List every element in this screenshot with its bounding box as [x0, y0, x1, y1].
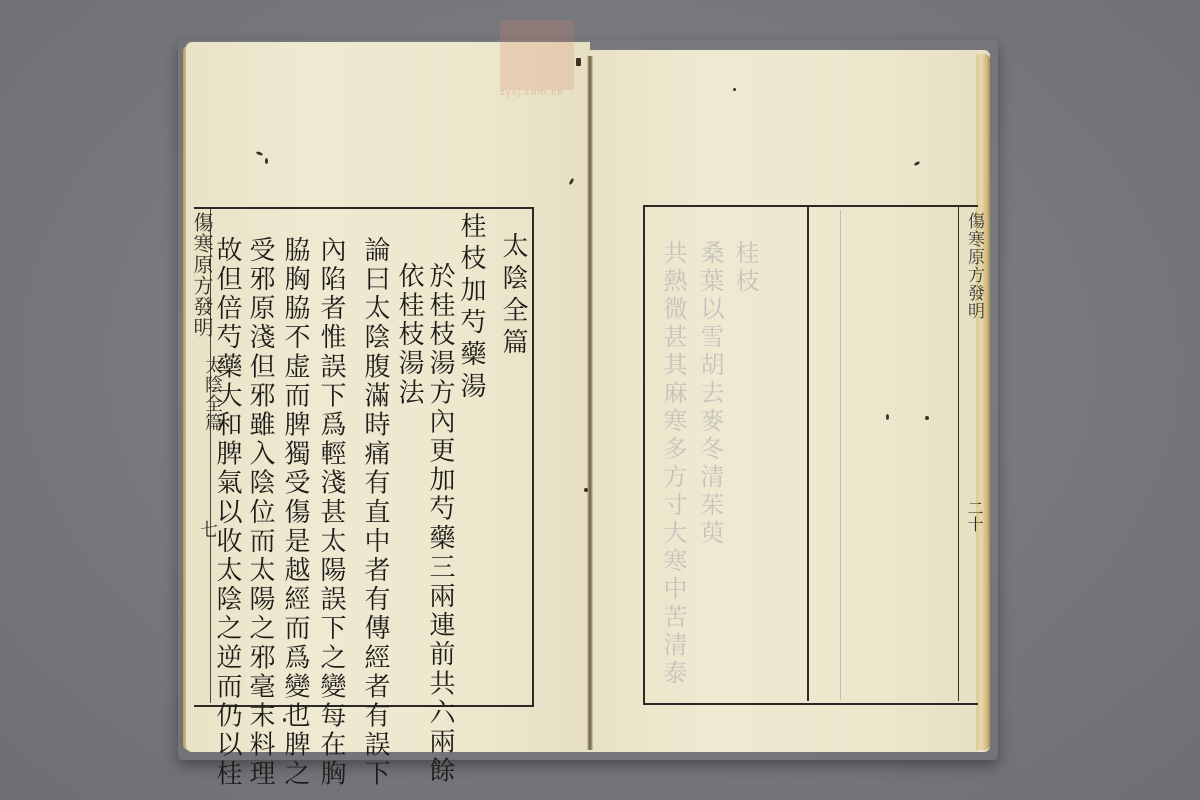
right-margin-rule — [958, 207, 959, 701]
watermark-seal — [500, 20, 574, 90]
right-page-edge — [976, 54, 990, 750]
body-column-6: 內陷者惟誤下爲輕淺甚太陽誤下之變每在胸 — [318, 236, 344, 789]
body-column-4: 依桂枝湯法 — [396, 262, 422, 408]
paper-speck — [265, 158, 268, 164]
chapter-heading: 太陰全篇 — [500, 232, 526, 360]
right-page-number: 二十 — [963, 500, 986, 532]
show-through-text-2: 桑葉以雪胡去麥冬清茱萸 — [693, 240, 728, 548]
body-column-5: 論曰太陰腹滿時痛有直中者有傳經者有誤下 — [362, 236, 388, 789]
book-gutter — [587, 56, 593, 750]
paper-speck — [576, 58, 581, 66]
body-column-7: 脇胸脇不虚而脾獨受傷是越經而爲變也脾之 — [282, 236, 308, 789]
paper-speck — [584, 488, 588, 492]
body-column-3: 於桂枝湯方內更加芍藥三兩連前共六兩餘 — [427, 262, 453, 786]
paper-speck — [925, 416, 929, 420]
right-margin-book-title: 傷寒原方發明 — [962, 212, 987, 320]
show-through-text-3: 共熱微甚其麻寒多方寸大寒中苦清泰 — [656, 240, 691, 688]
right-center-rule — [807, 207, 809, 701]
show-through-text-1: 桂枝 — [728, 240, 763, 296]
paper-speck — [283, 718, 286, 722]
watermark-label: zysj.com.cn — [500, 88, 564, 98]
right-faint-rule — [840, 210, 841, 700]
body-column-8: 受邪原淺但邪雖入陰位而太陽之邪毫末料理 — [247, 236, 273, 789]
prescription-title: 桂枝加芍藥湯 — [458, 212, 484, 404]
paper-speck — [886, 414, 889, 420]
paper-speck — [733, 88, 736, 91]
body-column-9: 故但倍芍藥大和脾氣以收太陰之逆而仍以桂 — [214, 236, 240, 789]
